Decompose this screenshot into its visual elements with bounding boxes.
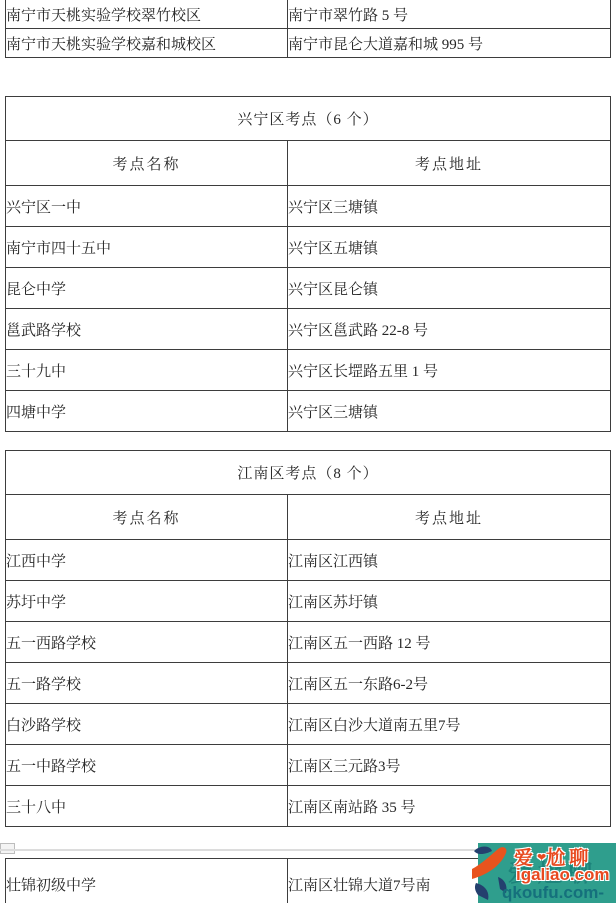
site-name-cell: 三十九中 [6,350,288,391]
table-row: 五一中路学校 江南区三元路3号 [6,745,611,786]
table-title-row: 江南区考点（8 个） [6,451,611,495]
table-title: 兴宁区考点（6 个） [6,97,611,141]
table-row: 江西中学 江南区江西镇 [6,540,611,581]
site-address-cell: 江南区三元路3号 [288,745,611,786]
table-row: 五一路学校 江南区五一东路6-2号 [6,663,611,704]
exam-sites-table-xingning: 兴宁区考点（6 个） 考点名称 考点地址 兴宁区一中 兴宁区三塘镇 南宁市四十五… [5,96,611,432]
table-row: 三十八中 江南区南站路 35 号 [6,786,611,827]
table-row: 五一西路学校 江南区五一西路 12 号 [6,622,611,663]
site-name-cell: 白沙路学校 [6,704,288,745]
exam-sites-table-jiangnan: 江南区考点（8 个） 考点名称 考点地址 江西中学 江南区江西镇 苏圩中学 江南… [5,450,611,827]
site-address-cell: 兴宁区五塘镇 [288,227,611,268]
site-address-cell: 兴宁区长堽路五里 1 号 [288,350,611,391]
site-name-cell: 邕武路学校 [6,309,288,350]
site-address-cell: 江南区白沙大道南五里7号 [288,704,611,745]
site-name-cell: 江西中学 [6,540,288,581]
site-name-cell: 南宁市天桃实验学校翠竹校区 [6,0,288,29]
site-address-cell: 南宁市翠竹路 5 号 [288,0,611,29]
site-name-cell: 五一路学校 [6,663,288,704]
site-address-cell: 江南区南站路 35 号 [288,786,611,827]
column-header-name: 考点名称 [6,141,288,186]
table-title-row: 兴宁区考点（6 个） [6,97,611,141]
site-name-cell: 三十八中 [6,786,288,827]
watermark-domain-primary: igaliao.com [516,865,610,885]
site-address-cell: 兴宁区三塘镇 [288,391,611,432]
site-address-cell: 兴宁区昆仑镇 [288,268,611,309]
table-row: 邕武路学校 兴宁区邕武路 22-8 号 [6,309,611,350]
table-row: 四塘中学 兴宁区三塘镇 [6,391,611,432]
site-address-cell: 兴宁区邕武路 22-8 号 [288,309,611,350]
exam-sites-table-top-partial: 南宁市天桃实验学校翠竹校区 南宁市翠竹路 5 号 南宁市天桃实验学校嘉和城校区 … [5,0,611,58]
site-name-cell: 昆仑中学 [6,268,288,309]
table-header-row: 考点名称 考点地址 [6,141,611,186]
column-header-name: 考点名称 [6,495,288,540]
table-row: 南宁市天桃实验学校翠竹校区 南宁市翠竹路 5 号 [6,0,611,29]
site-name-cell: 五一中路学校 [6,745,288,786]
site-address-cell: 南宁市昆仑大道嘉和城 995 号 [288,29,611,58]
site-address-cell: 江南区五一西路 12 号 [288,622,611,663]
site-name-cell: 南宁市四十五中 [6,227,288,268]
site-name-cell: 五一西路学校 [6,622,288,663]
table-row: 南宁市天桃实验学校嘉和城校区 南宁市昆仑大道嘉和城 995 号 [6,29,611,58]
table-header-row: 考点名称 考点地址 [6,495,611,540]
watermark-domain-secondary: qkoufu.com- [502,883,604,903]
table-row: 苏圩中学 江南区苏圩镇 [6,581,611,622]
site-name-cell: 四塘中学 [6,391,288,432]
column-header-address: 考点地址 [288,495,611,540]
table-row: 白沙路学校 江南区白沙大道南五里7号 [6,704,611,745]
table-row: 三十九中 兴宁区长堽路五里 1 号 [6,350,611,391]
heart-icon: ❤ [537,852,546,864]
site-address-cell: 江南区江西镇 [288,540,611,581]
site-name-cell: 壮锦初级中学 [6,859,288,903]
table-row: 兴宁区一中 兴宁区三塘镇 [6,186,611,227]
column-header-address: 考点地址 [288,141,611,186]
site-name-cell: 南宁市天桃实验学校嘉和城校区 [6,29,288,58]
site-name-cell: 苏圩中学 [6,581,288,622]
table-title: 江南区考点（8 个） [6,451,611,495]
table-row: 昆仑中学 兴宁区昆仑镇 [6,268,611,309]
site-address-cell: 江南区苏圩镇 [288,581,611,622]
table-row: 南宁市四十五中 兴宁区五塘镇 [6,227,611,268]
site-address-cell: 江南区五一东路6-2号 [288,663,611,704]
site-name-cell: 兴宁区一中 [6,186,288,227]
site-address-cell: 兴宁区三塘镇 [288,186,611,227]
watermark-banner: 爱尬聊 爱❤尬聊 igaliao.com qkoufu.com- [478,843,616,903]
